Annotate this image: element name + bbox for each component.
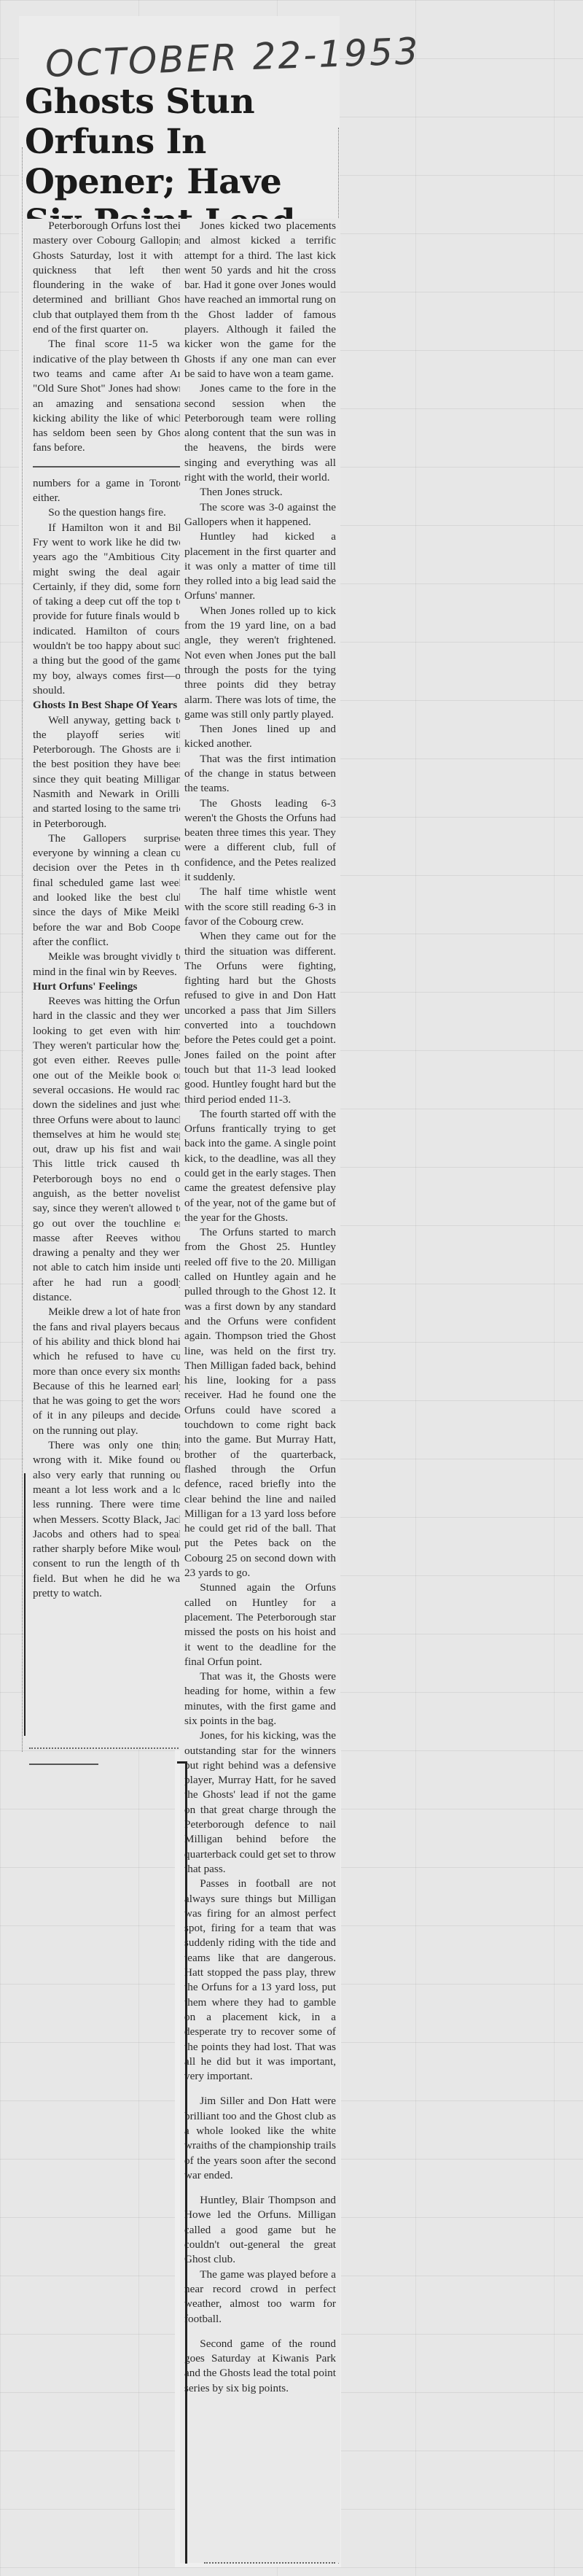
article-paragraph: The fourth started off with the Orfuns f… — [184, 1107, 336, 1225]
article-paragraph: Then Jones lined up and kicked another. — [184, 722, 336, 752]
article-paragraph: Jim Siller and Don Hatt were brilliant t… — [184, 2094, 336, 2183]
article-paragraph: When Jones rolled up to kick from the 19… — [184, 604, 336, 722]
article-paragraph: Then Jones struck. — [184, 485, 336, 500]
article-paragraph: That was the first intimation of the cha… — [184, 752, 336, 796]
article-paragraph: Well anyway, getting back to the playoff… — [33, 713, 184, 831]
article-subhead: Ghosts In Best Shape Of Years — [33, 698, 184, 713]
article-paragraph: Jones came to the fore in the second ses… — [184, 381, 336, 485]
article-paragraph: Reeves was hitting the Orfuns hard in th… — [33, 994, 184, 1305]
corner-bracket-side — [185, 1761, 187, 2564]
section-rule — [33, 466, 184, 468]
article-paragraph: The game was played before a near record… — [184, 2267, 336, 2327]
column-end-rule-right — [204, 2562, 335, 2564]
article-subhead: Hurt Orfuns' Feelings — [33, 979, 184, 994]
article-column-right: Jones kicked two placements and almost k… — [180, 219, 340, 2563]
article-paragraph: Passes in football are not always sure t… — [184, 1877, 336, 2084]
clipping-bottom-edge — [29, 1764, 98, 1765]
article-paragraph: If Hamilton won it and Bill Fry went to … — [33, 521, 184, 699]
article-paragraph: Peterborough Orfuns lost their mastery o… — [33, 219, 184, 337]
article-paragraph: There was only one thing wrong with it. … — [33, 1438, 184, 1601]
article-paragraph: numbers for a game in Toronto either. — [33, 476, 184, 506]
article-paragraph: So the question hangs fire. — [33, 505, 184, 520]
article-paragraph: The half time whistle went with the scor… — [184, 885, 336, 929]
left-border-rule — [22, 147, 23, 1752]
column-end-rule — [29, 1747, 179, 1749]
article-paragraph: Meikle drew a lot of hate from the fans … — [33, 1305, 184, 1438]
article-paragraph: Stunned again the Orfuns called on Huntl… — [184, 1580, 336, 1669]
article-paragraph: When they came out for the third the sit… — [184, 929, 336, 1107]
article-paragraph: Huntley, Blair Thompson and Howe led the… — [184, 2193, 336, 2267]
article-paragraph: Jones, for his kicking, was the outstand… — [184, 1729, 336, 1877]
article-paragraph: Jones kicked two placements and almost k… — [184, 219, 336, 381]
article-paragraph: The Ghosts leading 6-3 weren't the Ghost… — [184, 796, 336, 885]
article-paragraph: Meikle was brought vividly to mind in th… — [33, 950, 184, 979]
article-paragraph: Huntley had kicked a placement in the fi… — [184, 529, 336, 603]
article-column-left: Peterborough Orfuns lost their mastery o… — [24, 219, 188, 1746]
article-paragraph: The Gallopers surprised everyone by winn… — [33, 831, 184, 950]
article-paragraph: The Orfuns started to march from the Gho… — [184, 1225, 336, 1580]
article-paragraph: That was it, the Ghosts were heading for… — [184, 1669, 336, 1729]
margin-mark-bar — [24, 1473, 26, 1736]
article-paragraph: The score was 3-0 against the Gallopers … — [184, 500, 336, 530]
article-paragraph: The final score 11-5 was indicative of t… — [33, 337, 184, 455]
article-paragraph: Second game of the round goes Saturday a… — [184, 2337, 336, 2396]
